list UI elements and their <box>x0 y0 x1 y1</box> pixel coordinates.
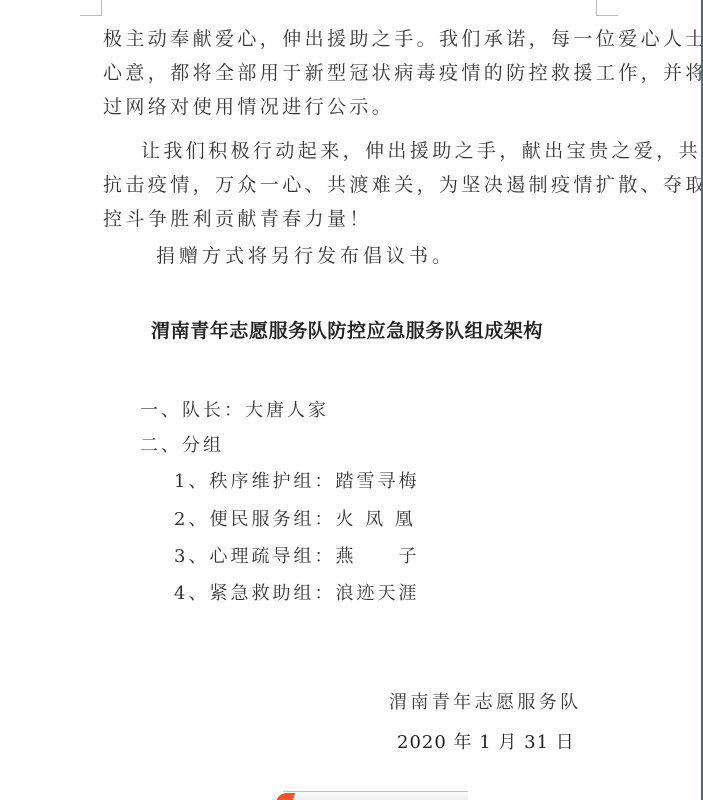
document-page: 极主动奉献爱心，伸出援助之手。我们承诺，每一位爱心人士的 心意，都将全部用于新型… <box>0 0 703 800</box>
crop-mark-top-right <box>596 0 618 16</box>
bottom-bar-accent-icon <box>277 793 296 800</box>
signature-org: 渭南青年志愿服务队 <box>389 688 582 714</box>
paragraph-line: 极主动奉献爱心，伸出援助之手。我们承诺，每一位爱心人士的 <box>103 22 603 56</box>
signature-date: 2020 年 1 月 31 日 <box>397 728 575 754</box>
group-item: 1、秩序维护组：踏雪寻梅 <box>174 467 419 493</box>
group-item: 2、便民服务组：火 凤 凰 <box>174 505 416 531</box>
paragraph-line: 让我们积极行动起来，伸出援助之手，献出宝贵之爱，共同 <box>141 134 641 168</box>
crop-mark-top-left <box>80 0 102 16</box>
paragraph-line: 抗击疫情，万众一心、共渡难关，为坚决遏制疫情扩散、夺取防 <box>103 168 603 202</box>
group-item: 4、紧急救助组：浪迹天涯 <box>174 579 419 605</box>
group-item: 3、心理疏导组：燕 子 <box>174 542 419 568</box>
section-heading: 渭南青年志愿服务队防控应急服务队组成架构 <box>151 316 543 343</box>
paragraph-line: 捐赠方式将另行发布倡议书。 <box>156 239 656 273</box>
outline-captain: 一、队长：大唐人家 <box>140 396 329 422</box>
paragraph-line: 控斗争胜利贡献青春力量！ <box>103 202 603 236</box>
paragraph-line: 过网络对使用情况进行公示。 <box>103 90 603 124</box>
paragraph-line: 心意，都将全部用于新型冠状病毒疫情的防控救援工作，并将通 <box>103 56 603 90</box>
bottom-bar <box>283 791 468 800</box>
outline-groups-header: 二、分组 <box>140 431 224 457</box>
